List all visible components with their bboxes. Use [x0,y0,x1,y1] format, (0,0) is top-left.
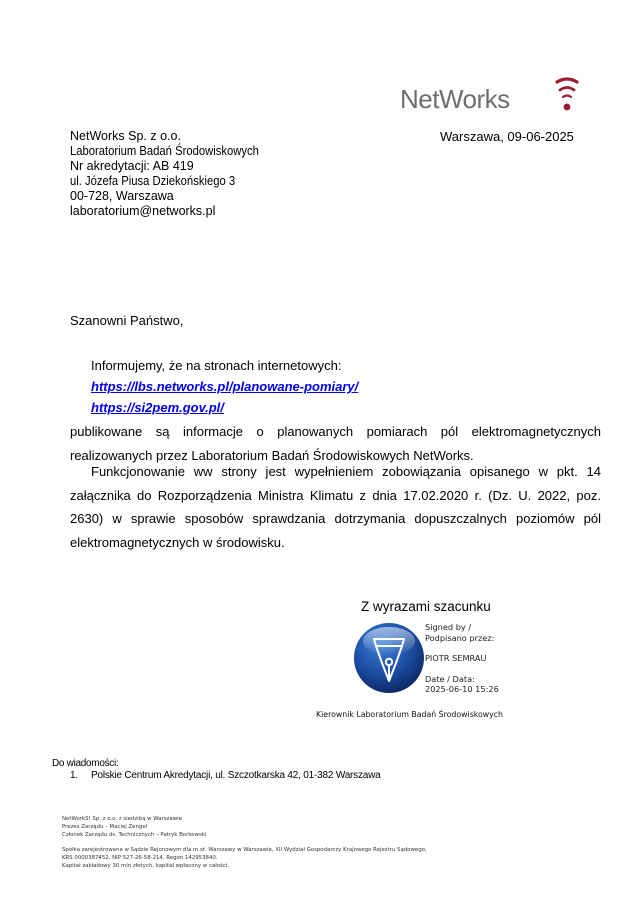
greeting: Szanowni Państwo, [70,313,183,328]
sign-date-value: 2025-06-10 15:26 [425,684,499,695]
sender-company: NetWorks Sp. z o.o. [70,129,280,144]
footer-line: Prezes Zarządu – Maciej Zengel [62,823,206,831]
footer-line: NetWorkS! Sp. z o.o. z siedzibą w Warsza… [62,815,206,823]
sender-street: ul. Józefa Piusa Dziekońskiego 3 [70,174,259,189]
networks-logo: NetWorks [400,74,590,116]
link-si2pem[interactable]: https://si2pem.gov.pl/ [91,400,224,415]
signed-by-label: Signed by / [425,622,499,633]
signer-role: Kierownik Laboratorium Badań Środowiskow… [316,710,503,719]
digital-signature-info: Signed by / Podpisano przez: PIOTR SEMRA… [425,622,499,695]
wifi-signal-icon [554,74,580,114]
cc-item-text: Polskie Centrum Akredytacji, ul. Szczotk… [91,770,381,781]
sender-city: 00-728, Warszawa [70,189,280,204]
footer-line: Członek Zarządu ds. Technicznych – Patry… [62,831,206,839]
cc-label: Do wiadomości: [52,758,118,769]
place-date: Warszawa, 09-06-2025 [440,129,574,144]
sender-address: NetWorks Sp. z o.o. Laboratorium Badań Ś… [70,129,280,219]
link-lbs-planned-measurements[interactable]: https://lbs.networks.pl/planowane-pomiar… [91,379,358,394]
footer-management: NetWorkS! Sp. z o.o. z siedzibą w Warsza… [62,815,206,839]
cc-list-item: 1.Polskie Centrum Akredytacji, ul. Szczo… [70,770,381,781]
paragraph-legal-basis: Funkcjonowanie ww strony jest wypełnieni… [70,460,601,554]
logo-text: NetWorks [400,84,510,115]
signer-name: PIOTR SEMRAU [425,653,499,664]
footer-line: Kapitał zakładowy 30 mln złotych, kapita… [62,862,427,870]
footer-line: KRS 0000387452, NIP 527-26-58-214, Regon… [62,854,427,862]
sender-email: laboratorium@networks.pl [70,204,280,219]
sender-lab: Laboratorium Badań Środowiskowych [70,144,259,159]
signed-by-label-pl: Podpisano przez: [425,633,499,644]
intro-text: Informujemy, że na stronach internetowyc… [91,358,342,373]
closing-salutation: Z wyrazami szacunku [361,599,491,614]
cc-item-number: 1. [70,770,91,781]
fountain-pen-nib-icon [352,621,426,695]
footer-registration: Spółka zarejestrowana w Sądzie Rejonowym… [62,846,427,870]
footer-line: Spółka zarejestrowana w Sądzie Rejonowym… [62,846,427,854]
sign-date-label: Date / Data: [425,674,499,685]
sender-accreditation: Nr akredytacji: AB 419 [70,159,280,174]
